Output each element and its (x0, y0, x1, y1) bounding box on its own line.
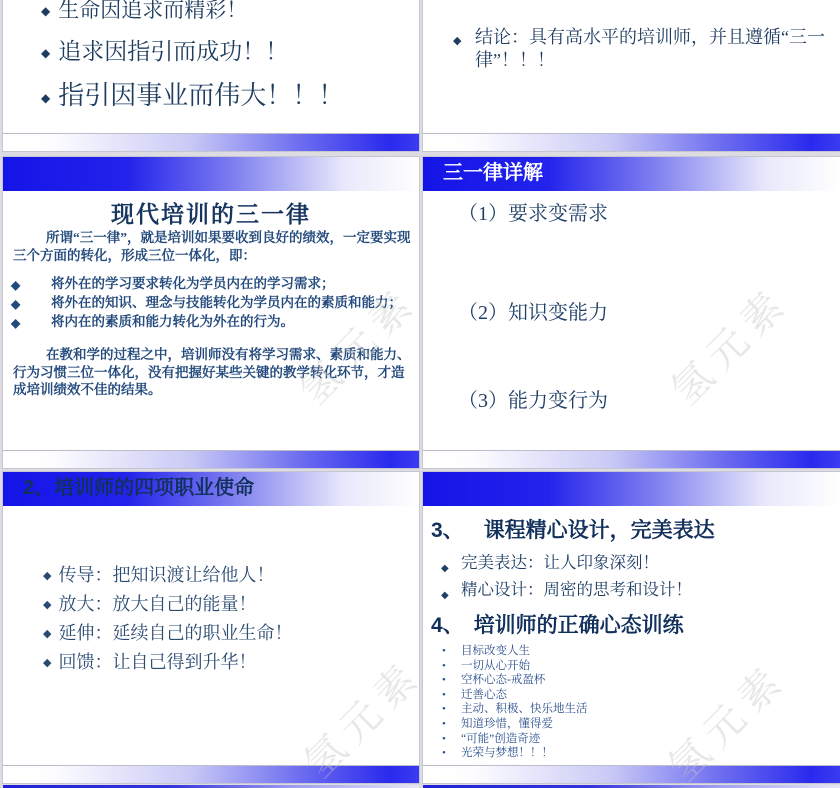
numbered-item: （1）要求变需求 (458, 197, 608, 226)
section-title: 培训师的正确心态训练 (474, 614, 684, 637)
round-bullet-icon: • (442, 702, 446, 717)
bullet-text: 放大：放大自己的能量！ (58, 594, 256, 614)
slide-footer-bar (3, 133, 419, 151)
bullet-text: 空杯心态-戒盈杯 (461, 674, 545, 686)
bullet-text: 生命因追求而精彩！ (58, 0, 247, 22)
diamond-bullet-icon: ◆ (43, 628, 51, 640)
round-bullet-icon: • (442, 746, 446, 761)
diamond-bullet-icon: ◆ (11, 314, 20, 333)
slide-middle-right: 三一律详解 （1）要求变需求 （2）知识变能力 （3）能力变行为 (423, 157, 840, 468)
diamond-bullet-icon: ◆ (441, 582, 449, 609)
slide-header-bar: 三一律详解 (423, 157, 840, 191)
bullet-text: 完美表达：让人印象深刻！ (461, 553, 659, 572)
bullet-text: 将外在的学习要求转化为学员内在的学习需求； (51, 276, 335, 291)
list-item: •“可能”创造奇迹 (437, 732, 588, 747)
bullet-list: •目标改变人生 •一切从心开始 •空杯心态-戒盈杯 •迁善心态 •主动、积极、快… (437, 644, 588, 761)
slide-middle-left: 现代培训的三一律 所谓“三一律”，就是培训如果要收到良好的绩效，一定要实现三个方… (3, 157, 419, 468)
section-heading: 3、课程精心设计，完美表达 (431, 514, 715, 544)
diamond-bullet-icon: ◆ (41, 46, 50, 60)
section-title: 课程精心设计，完美表达 (484, 519, 715, 542)
section-number: 4、 (431, 614, 464, 637)
slide-title: 现代培训的三一律 (3, 196, 419, 229)
round-bullet-icon: • (442, 644, 446, 659)
slide-header-title: 2、培训师的四项职业使命 (3, 472, 419, 505)
bullet-list: ◆生命因追求而精彩！ ◆追求因指引而成功！！ ◆指引因事业而伟大！！！ (3, 0, 419, 112)
bullet-text: 主动、积极、快乐地生活 (461, 703, 588, 715)
bullet-text: 指引因事业而伟大！！！ (58, 81, 344, 110)
round-bullet-icon: • (442, 659, 446, 674)
body-paragraph: 所谓“三一律”，就是培训如果要收到良好的绩效，一定要实现三个方面的转化，形成三位… (13, 229, 413, 264)
list-item: •知道珍惜，懂得爱 (437, 717, 588, 732)
round-bullet-icon: • (442, 688, 446, 703)
list-item: ◆放大：放大自己的能量！ (43, 590, 292, 619)
bullet-text: “可能”创造奇迹 (461, 733, 540, 745)
list-item: ◆延伸：延续自己的职业生命！ (43, 619, 292, 648)
slide-bottom-left: 2、培训师的四项职业使命 ◆传导：把知识渡让给他人！ ◆放大：放大自己的能量！ … (3, 472, 419, 783)
slide-header-bar: 2、培训师的四项职业使命 (3, 472, 419, 506)
list-item: •光荣与梦想！！！ (437, 746, 588, 761)
slide-footer-bar (423, 133, 840, 151)
round-bullet-icon: • (442, 717, 446, 732)
slide-footer-bar (423, 450, 840, 468)
bullet-text: 结论：具有高水平的培训师，并且遵循“三一律”！！！ (475, 27, 825, 70)
section-number: 3、 (431, 519, 464, 542)
slide-header-bar (423, 472, 840, 506)
diamond-bullet-icon: ◆ (453, 30, 461, 53)
diamond-bullet-icon: ◆ (41, 91, 50, 105)
list-item: •空杯心态-戒盈杯 (437, 673, 588, 688)
bullet-text: 精心设计：周密的思考和设计！ (461, 580, 692, 599)
list-item: ◆完美表达：让人印象深刻！ (441, 549, 692, 576)
list-item: ◆将外在的学习要求转化为学员内在的学习需求； (3, 274, 415, 293)
slide-top-left: ◆生命因追求而精彩！ ◆追求因指引而成功！！ ◆指引因事业而伟大！！！ (3, 0, 419, 151)
bullet-text: 延伸：延续自己的职业生命！ (58, 623, 292, 643)
bullet-text: 迁善心态 (461, 689, 507, 701)
bullet-list: ◆完美表达：让人印象深刻！ ◆精心设计：周密的思考和设计！ (441, 549, 692, 603)
list-item: ◆回馈：让自己得到升华！ (43, 648, 292, 677)
numbered-item: （2）知识变能力 (458, 296, 608, 325)
bullet-text: 目标改变人生 (461, 645, 530, 657)
list-item: •一切从心开始 (437, 659, 588, 674)
slide-header-bar (3, 157, 419, 191)
list-item: ◆结论：具有高水平的培训师，并且遵循“三一律”！！！ (453, 26, 827, 72)
diamond-bullet-icon: ◆ (43, 657, 51, 669)
slide-top-right: ◆结论：具有高水平的培训师，并且遵循“三一律”！！！ (423, 0, 840, 151)
bullet-text: 回馈：让自己得到升华！ (58, 652, 256, 672)
bullet-list: ◆将外在的学习要求转化为学员内在的学习需求； ◆将外在的知识、理念与技能转化为学… (3, 274, 415, 331)
bullet-text: 将外在的知识、理念与技能转化为学员内在的素质和能力； (51, 295, 402, 310)
section-heading: 4、培训师的正确心态训练 (431, 609, 684, 639)
numbered-item: （3）能力变行为 (458, 384, 608, 413)
diamond-bullet-icon: ◆ (43, 599, 51, 611)
list-item: ◆将内在的素质和能力转化为外在的行为。 (3, 312, 415, 331)
list-item: •迁善心态 (437, 688, 588, 703)
list-item: ◆精心设计：周密的思考和设计！ (441, 576, 692, 603)
body-paragraph: 在教和学的过程之中，培训师没有将学习需求、素质和能力、行为习惯三位一体化，没有把… (13, 346, 413, 399)
diamond-bullet-icon: ◆ (43, 570, 51, 582)
list-item: ◆生命因追求而精彩！ (41, 0, 419, 24)
slide-footer-bar (3, 765, 419, 783)
list-item: ◆指引因事业而伟大！！！ (41, 75, 419, 112)
list-item: ◆追求因指引而成功！！ (41, 33, 419, 66)
slide-footer-bar (3, 450, 419, 468)
bullet-text: 光荣与梦想！！！ (461, 747, 553, 759)
bullet-text: 传导：把知识渡让给他人！ (58, 565, 274, 585)
diamond-bullet-icon: ◆ (41, 4, 50, 18)
list-item: ◆将外在的知识、理念与技能转化为学员内在的素质和能力； (3, 293, 415, 312)
list-item: •目标改变人生 (437, 644, 588, 659)
round-bullet-icon: • (442, 673, 446, 688)
slide-bottom-right: 3、课程精心设计，完美表达 ◆完美表达：让人印象深刻！ ◆精心设计：周密的思考和… (423, 472, 840, 783)
bullet-text: 追求因指引而成功！！ (58, 39, 288, 64)
slide-footer-bar (423, 765, 840, 783)
bullet-text: 将内在的素质和能力转化为外在的行为。 (51, 314, 294, 329)
bullet-text: 知道珍惜，懂得爱 (461, 718, 553, 730)
slides-preview-grid: ◆生命因追求而精彩！ ◆追求因指引而成功！！ ◆指引因事业而伟大！！！ ◆结论：… (0, 0, 840, 788)
round-bullet-icon: • (442, 732, 446, 747)
bullet-text: 一切从心开始 (461, 660, 530, 672)
list-item: •主动、积极、快乐地生活 (437, 702, 588, 717)
bullet-list: ◆传导：把知识渡让给他人！ ◆放大：放大自己的能量！ ◆延伸：延续自己的职业生命… (43, 561, 292, 677)
list-item: ◆传导：把知识渡让给他人！ (43, 561, 292, 590)
slide-header-title: 三一律详解 (423, 157, 840, 190)
